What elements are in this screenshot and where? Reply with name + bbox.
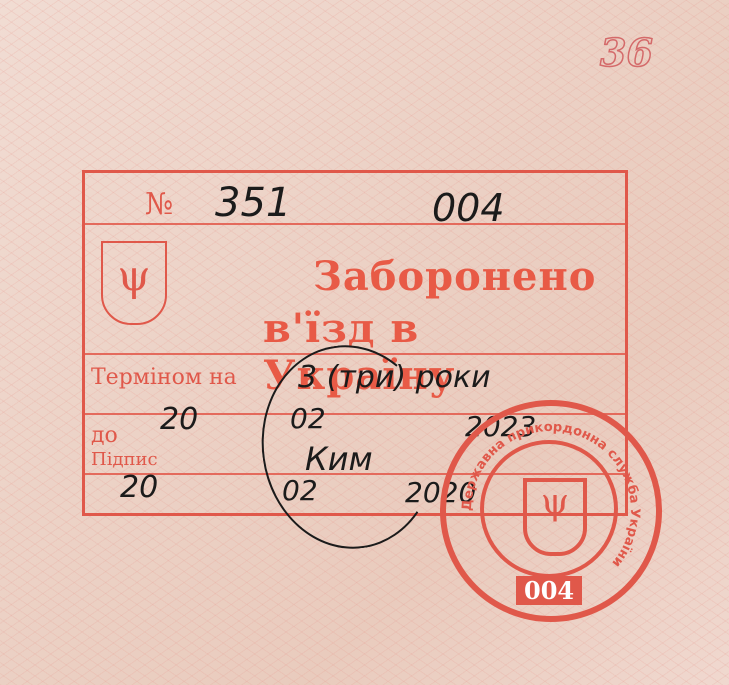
signature-label: Підпис bbox=[91, 449, 158, 470]
stamp-title-line1: Заборонено bbox=[313, 253, 596, 300]
serial-number: 351 bbox=[215, 180, 291, 226]
term-label: Терміном на bbox=[91, 365, 237, 390]
seal-number: 004 bbox=[516, 576, 582, 605]
trident-icon: ψ bbox=[523, 478, 587, 556]
coat-of-arms-icon: ψ bbox=[101, 241, 167, 325]
border-guard-seal: Державна прикордонна служба України ψ 00… bbox=[440, 400, 662, 622]
until-day: 20 bbox=[160, 402, 198, 437]
until-label: до bbox=[91, 423, 118, 448]
page-number: 36 bbox=[600, 30, 653, 75]
divider bbox=[85, 223, 625, 225]
number-label: № bbox=[145, 187, 173, 222]
code-number: 004 bbox=[432, 186, 505, 230]
issued-day: 20 bbox=[120, 470, 158, 505]
